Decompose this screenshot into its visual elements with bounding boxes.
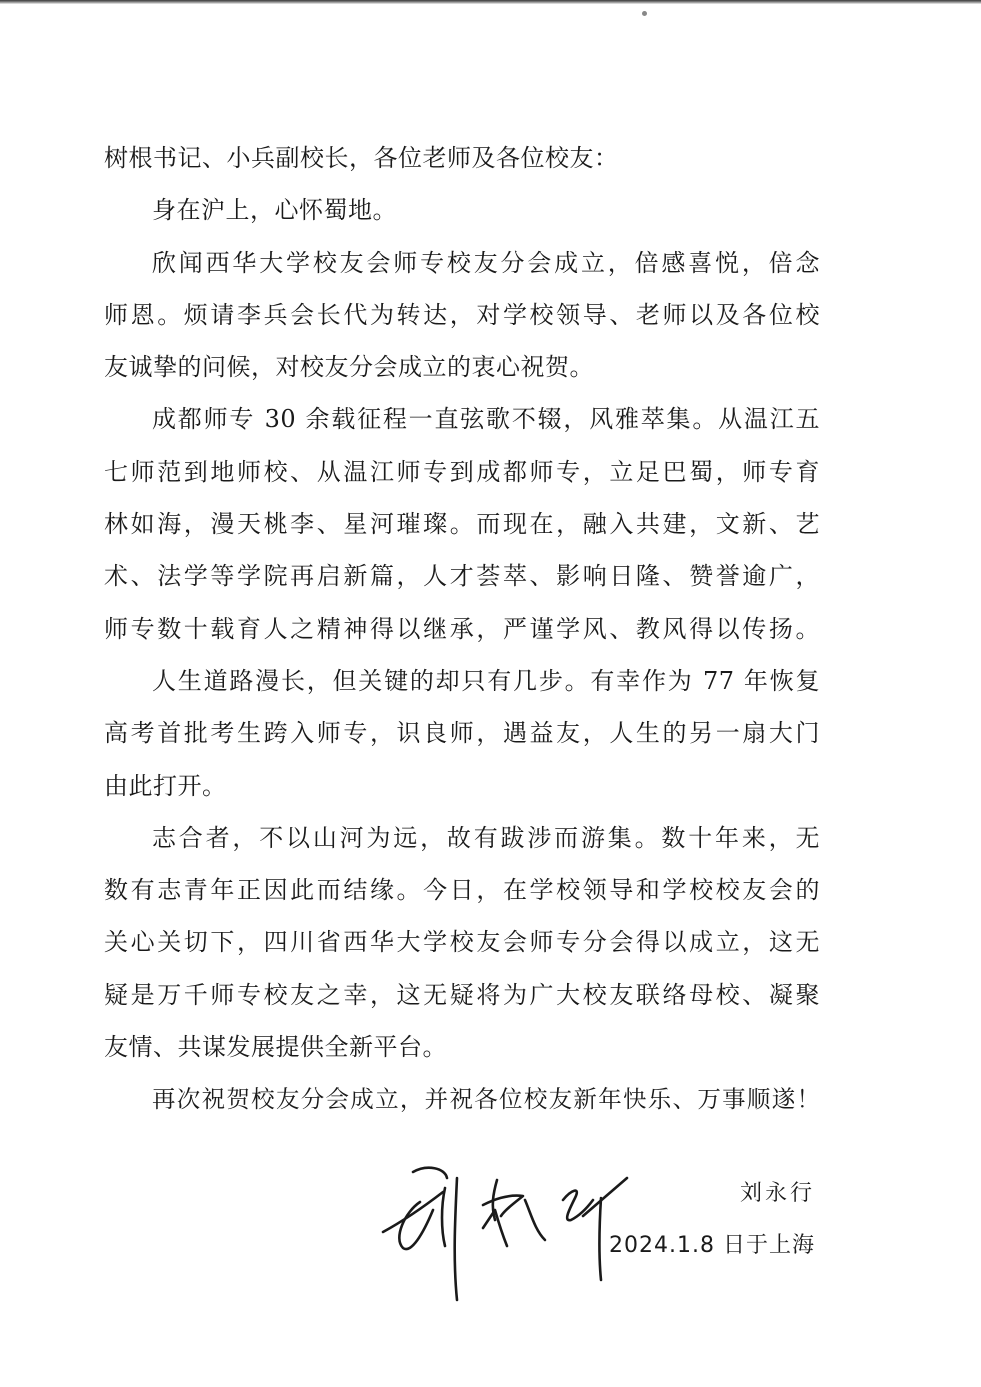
paragraph-line: 志合者，不以山河为远，故有跋涉而游集。数十年来，无 [104,812,820,864]
paragraph-closing: 再次祝贺校友分会成立，并祝各位校友新年快乐、万事顺遂！ [104,1073,820,1125]
paragraph-line: 人生道路漫长，但关键的却只有几步。有幸作为 77 年恢复 [104,655,820,707]
paragraph-history: 成都师专 30 余载征程一直弦歌不辍，风雅萃集。从温江五 七师范到地师校、从温江… [104,393,820,654]
paragraph-line: 友情、共谋发展提供全新平台。 [104,1021,820,1073]
paragraph-personal: 人生道路漫长，但关键的却只有几步。有幸作为 77 年恢复 高考首批考生跨入师专，… [104,655,820,812]
scan-speck [642,11,647,16]
paragraph-line: 师专数十载育人之精神得以继承，严谨学风、教风得以传扬。 [104,603,820,655]
signature-date-place: 2024.1.8 日于上海 [609,1228,815,1259]
paragraph-line: 疑是万千师专校友之幸，这无疑将为广大校友联络母校、凝聚 [104,969,820,1021]
paragraph-line: 欣闻西华大学校友会师专校友分会成立，倍感喜悦，倍念 [104,237,820,289]
paragraph-line: 高考首批考生跨入师专，识良师，遇益友，人生的另一扇大门 [104,707,820,759]
paragraph-line: 由此打开。 [104,760,820,812]
paragraph-line: 术、法学等学院再启新篇，人才荟萃、影响日隆、赞誉逾广， [104,550,820,602]
paragraph-line: 友诚挚的问候，对校友分会成立的衷心祝贺。 [104,341,820,393]
paragraph-line: 林如海，漫天桃李、星河璀璨。而现在，融入共建，文新、艺 [104,498,820,550]
salutation-line: 树根书记、小兵副校长，各位老师及各位校友： [104,132,820,184]
paragraph-line: 七师范到地师校、从温江师专到成都师专，立足巴蜀，师专育 [104,446,820,498]
paragraph-line: 师恩。烦请李兵会长代为转达，对学校领导、老师以及各位校 [104,289,820,341]
paragraph-opening: 身在沪上，心怀蜀地。 [104,184,820,236]
paragraph-line: 成都师专 30 余载征程一直弦歌不辍，风雅萃集。从温江五 [104,393,820,445]
handwritten-signature-icon [375,1150,635,1310]
signatory-name: 刘永行 [740,1176,815,1207]
paragraph-congratulations: 欣闻西华大学校友会师专校友分会成立，倍感喜悦，倍念 师恩。烦请李兵会长代为转达，… [104,237,820,394]
scan-top-edge [0,0,981,4]
paragraph-line: 数有志青年正因此而结缘。今日，在学校领导和学校校友会的 [104,864,820,916]
letter-body: 树根书记、小兵副校长，各位老师及各位校友： 身在沪上，心怀蜀地。 欣闻西华大学校… [104,132,820,1126]
paragraph-association: 志合者，不以山河为远，故有跋涉而游集。数十年来，无 数有志青年正因此而结缘。今日… [104,812,820,1073]
paragraph-line: 再次祝贺校友分会成立，并祝各位校友新年快乐、万事顺遂！ [104,1073,820,1125]
paragraph-line: 身在沪上，心怀蜀地。 [104,184,820,236]
salutation: 树根书记、小兵副校长，各位老师及各位校友： [104,132,820,184]
paragraph-line: 关心关切下，四川省西华大学校友会师专分会得以成立，这无 [104,916,820,968]
